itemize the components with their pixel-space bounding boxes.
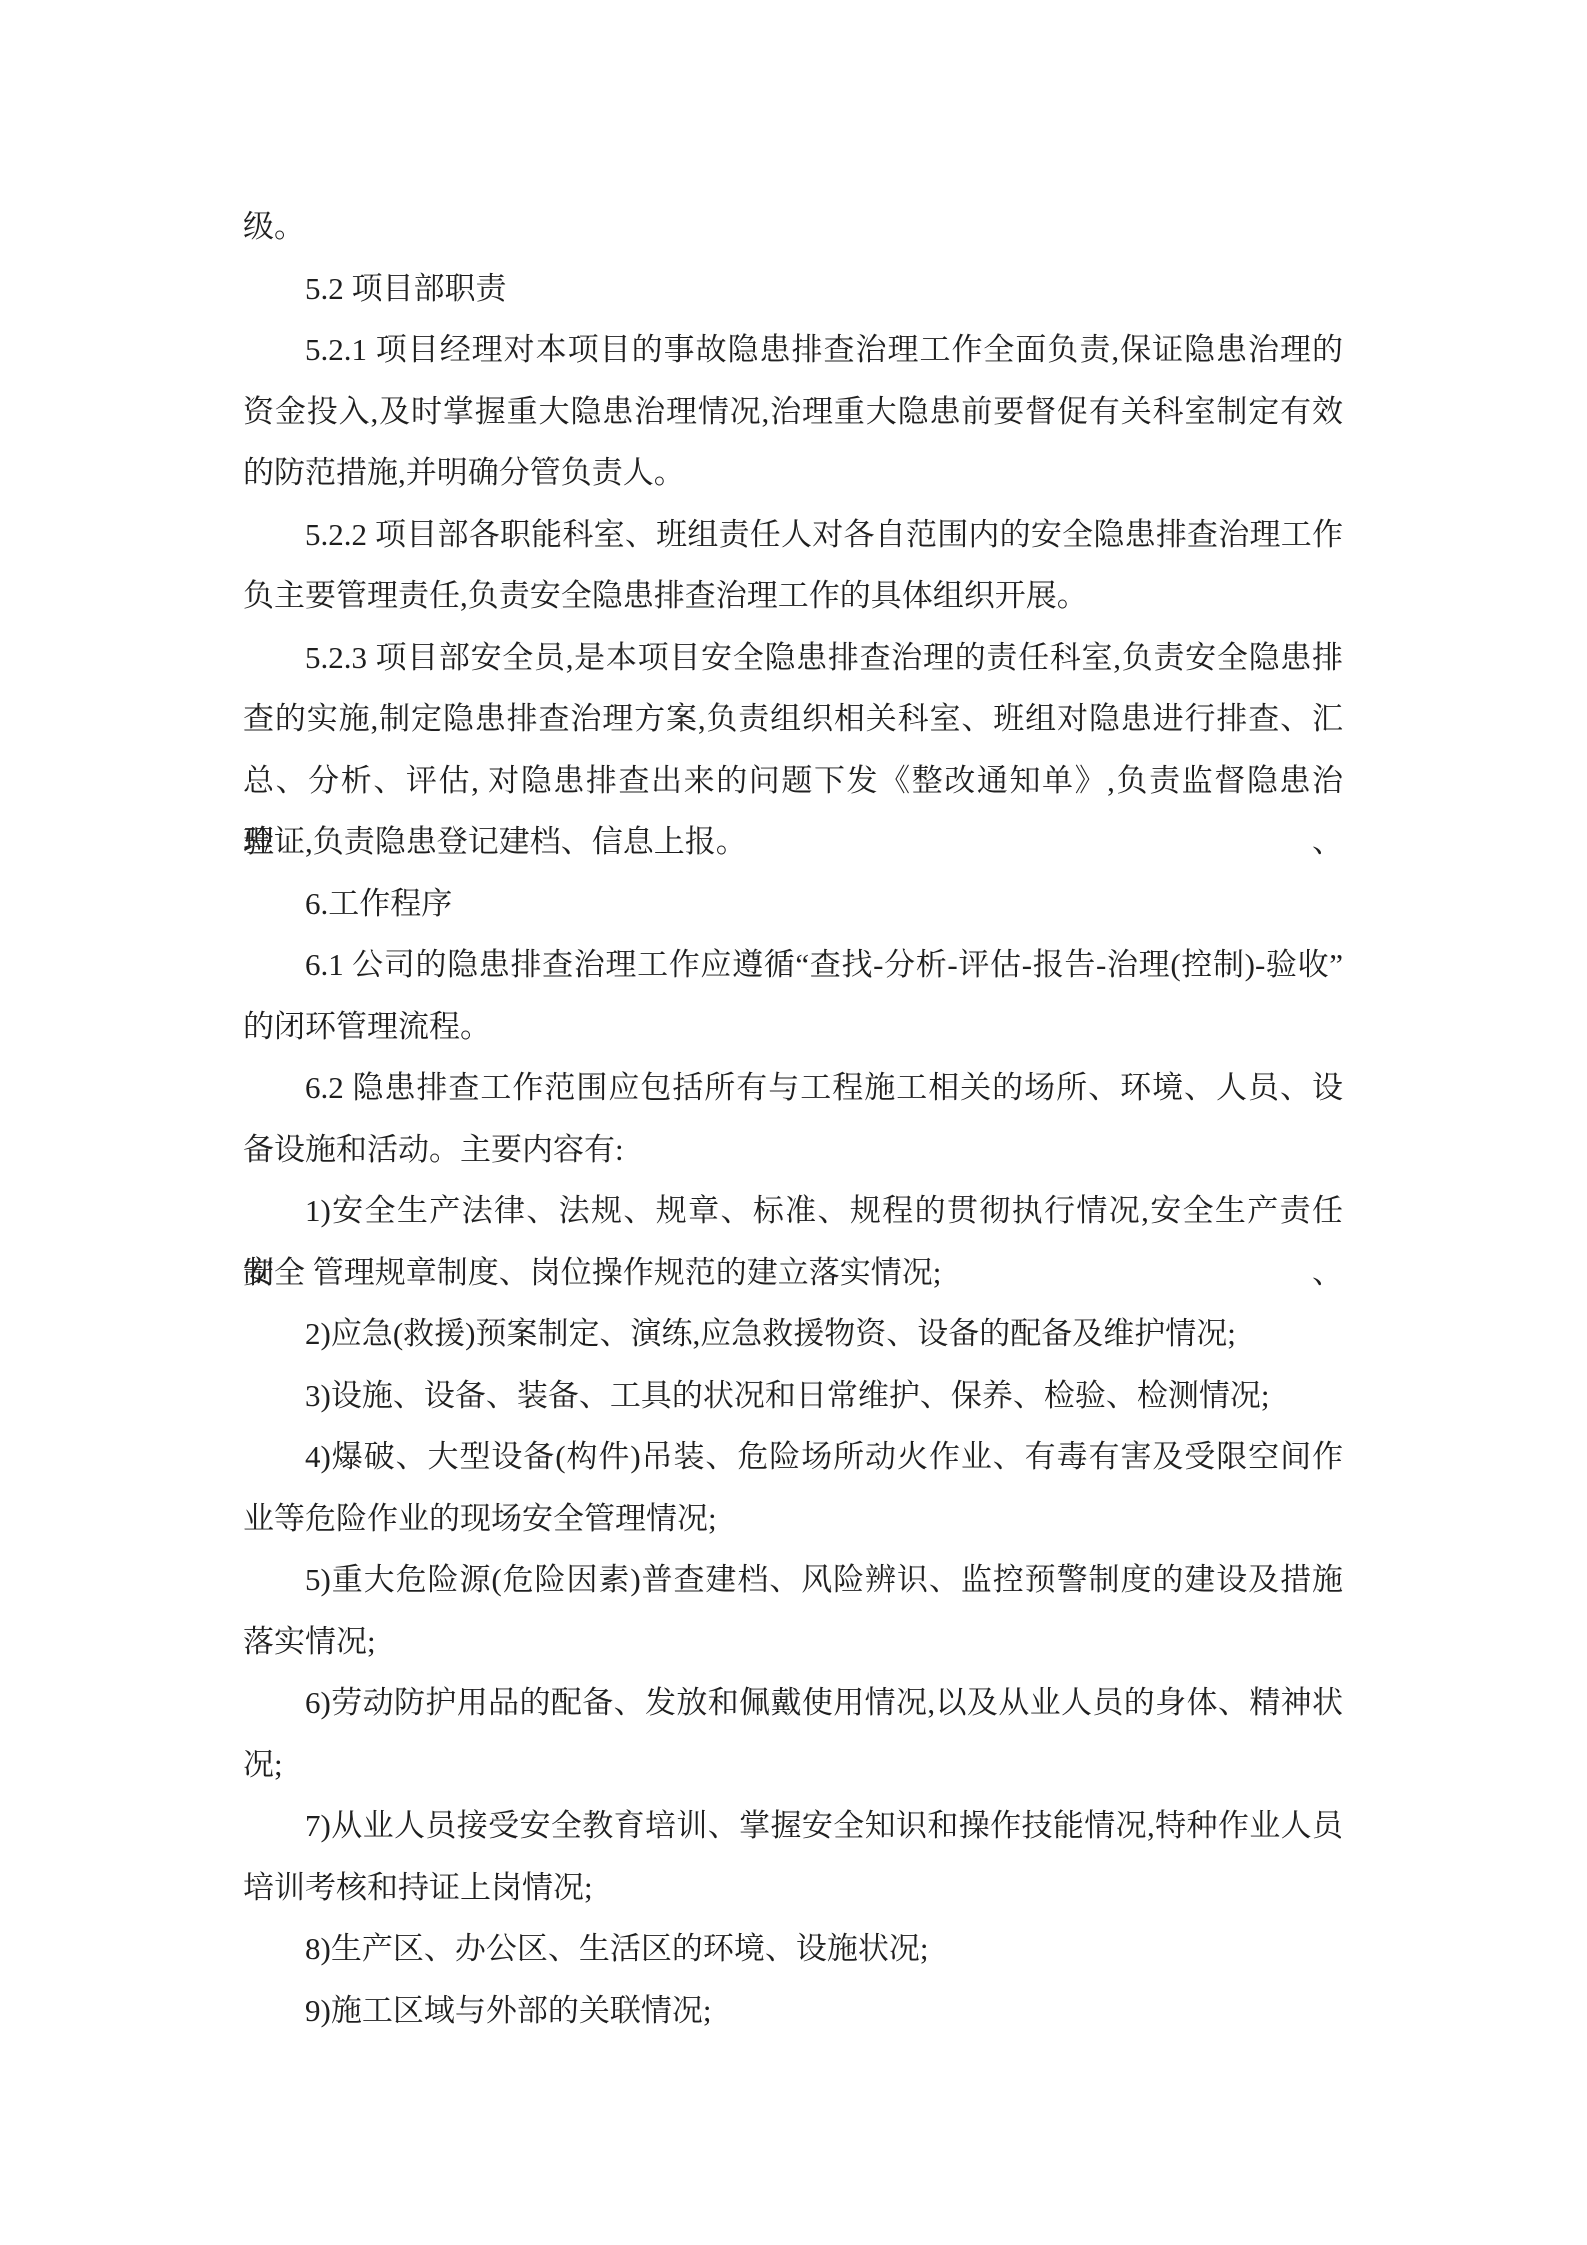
text-line: 6.工作程序 bbox=[243, 873, 1343, 935]
text-line: 5)重大危险源(危险因素)普查建档、风险辨识、监控预警制度的建设及措施 bbox=[243, 1549, 1343, 1611]
text-line: 资金投入,及时掌握重大隐患治理情况,治理重大隐患前要督促有关科室制定有效 bbox=[243, 381, 1343, 443]
text-line: 级。 bbox=[243, 196, 1343, 258]
text-line: 3)设施、设备、装备、工具的状况和日常维护、保养、检验、检测情况; bbox=[243, 1365, 1343, 1427]
text-line: 8)生产区、办公区、生活区的环境、设施状况; bbox=[243, 1918, 1343, 1980]
text-line: 落实情况; bbox=[243, 1611, 1343, 1673]
text-line: 况; bbox=[243, 1734, 1343, 1796]
text-line: 6.1 公司的隐患排查治理工作应遵循“查找-分析-评估-报告-治理(控制)-验收… bbox=[243, 934, 1343, 996]
text-line: 负主要管理责任,负责安全隐患排查治理工作的具体组织开展。 bbox=[243, 565, 1343, 627]
text-line: 9)施工区域与外部的关联情况; bbox=[243, 1980, 1343, 2042]
text-line: 培训考核和持证上岗情况; bbox=[243, 1857, 1343, 1919]
text-line: 1)安全生产法律、法规、规章、标准、规程的贯彻执行情况,安全生产责任制、 bbox=[243, 1180, 1343, 1242]
text-line: 4)爆破、大型设备(构件)吊装、危险场所动火作业、有毒有害及受限空间作 bbox=[243, 1426, 1343, 1488]
text-line: 的闭环管理流程。 bbox=[243, 996, 1343, 1058]
text-line: 5.2 项目部职责 bbox=[243, 258, 1343, 320]
text-line: 7)从业人员接受安全教育培训、掌握安全知识和操作技能情况,特种作业人员 bbox=[243, 1795, 1343, 1857]
text-line: 总、分析、评估, 对隐患排查出来的问题下发《整改通知单》,负责监督隐患治理、 bbox=[243, 750, 1343, 812]
document-page: 级。5.2 项目部职责5.2.1 项目经理对本项目的事故隐患排查治理工作全面负责… bbox=[0, 0, 1587, 2245]
text-line: 5.2.3 项目部安全员,是本项目安全隐患排查治理的责任科室,负责安全隐患排 bbox=[243, 627, 1343, 689]
text-line: 备设施和活动。主要内容有: bbox=[243, 1119, 1343, 1181]
text-line: 2)应急(救援)预案制定、演练,应急救援物资、设备的配备及维护情况; bbox=[243, 1303, 1343, 1365]
text-line: 5.2.1 项目经理对本项目的事故隐患排查治理工作全面负责,保证隐患治理的 bbox=[243, 319, 1343, 381]
text-line: 6)劳动防护用品的配备、发放和佩戴使用情况,以及从业人员的身体、精神状 bbox=[243, 1672, 1343, 1734]
text-line: 5.2.2 项目部各职能科室、班组责任人对各自范围内的安全隐患排查治理工作 bbox=[243, 504, 1343, 566]
text-line: 业等危险作业的现场安全管理情况; bbox=[243, 1488, 1343, 1550]
document-body: 级。5.2 项目部职责5.2.1 项目经理对本项目的事故隐患排查治理工作全面负责… bbox=[243, 196, 1343, 2041]
text-line: 查的实施,制定隐患排查治理方案,负责组织相关科室、班组对隐患进行排查、汇 bbox=[243, 688, 1343, 750]
text-line: 6.2 隐患排查工作范围应包括所有与工程施工相关的场所、环境、人员、设 bbox=[243, 1057, 1343, 1119]
text-line: 的防范措施,并明确分管负责人。 bbox=[243, 442, 1343, 504]
